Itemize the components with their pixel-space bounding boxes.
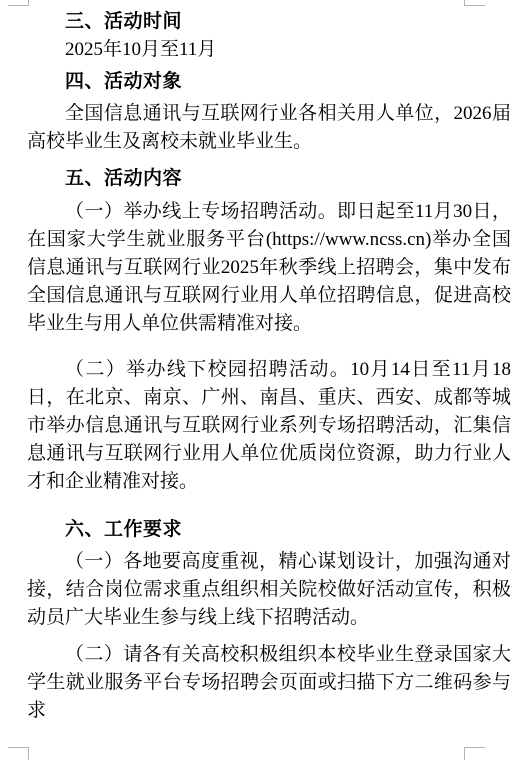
offline-recruitment-paragraph: （二）举办线下校园招聘活动。10月14日至11月18日，在北京、南京、广州、南昌…	[27, 356, 511, 496]
online-recruitment-paragraph: （一）举办线上专场招聘活动。即日起至11月30日，在国家大学生就业服务平台(ht…	[27, 198, 511, 338]
activity-target-paragraph: 全国信息通讯与互联网行业各相关用人单位，2026届高校毕业生及离校未就业毕业生。	[27, 100, 511, 156]
document-body: 三、活动时间 2025年10月至11月 四、活动对象 全国信息通讯与互联网行业各…	[27, 8, 511, 725]
work-requirement-1-paragraph: （一）各地要高度重视，精心谋划设计，加强沟通对接，结合岗位需求重点组织相关院校做…	[27, 548, 511, 632]
section-heading-activity-content: 五、活动内容	[27, 165, 511, 193]
work-requirement-2-paragraph: （二）请各有关高校积极组织本校毕业生登录国家大学生就业服务平台专场招聘会页面或扫…	[27, 641, 511, 725]
text-boundary-mark-bottom-right	[464, 747, 485, 760]
section-heading-activity-time: 三、活动时间	[27, 8, 511, 36]
activity-time-text: 2025年10月至11月	[27, 36, 511, 64]
section-heading-activity-target: 四、活动对象	[27, 68, 511, 96]
text-boundary-mark-top-left	[8, 0, 29, 6]
text-boundary-mark-bottom-left	[8, 747, 29, 760]
document-page: 三、活动时间 2025年10月至11月 四、活动对象 全国信息通讯与互联网行业各…	[0, 0, 523, 760]
section-heading-work-requirements: 六、工作要求	[27, 516, 511, 544]
text-boundary-mark-top-right	[464, 0, 485, 6]
